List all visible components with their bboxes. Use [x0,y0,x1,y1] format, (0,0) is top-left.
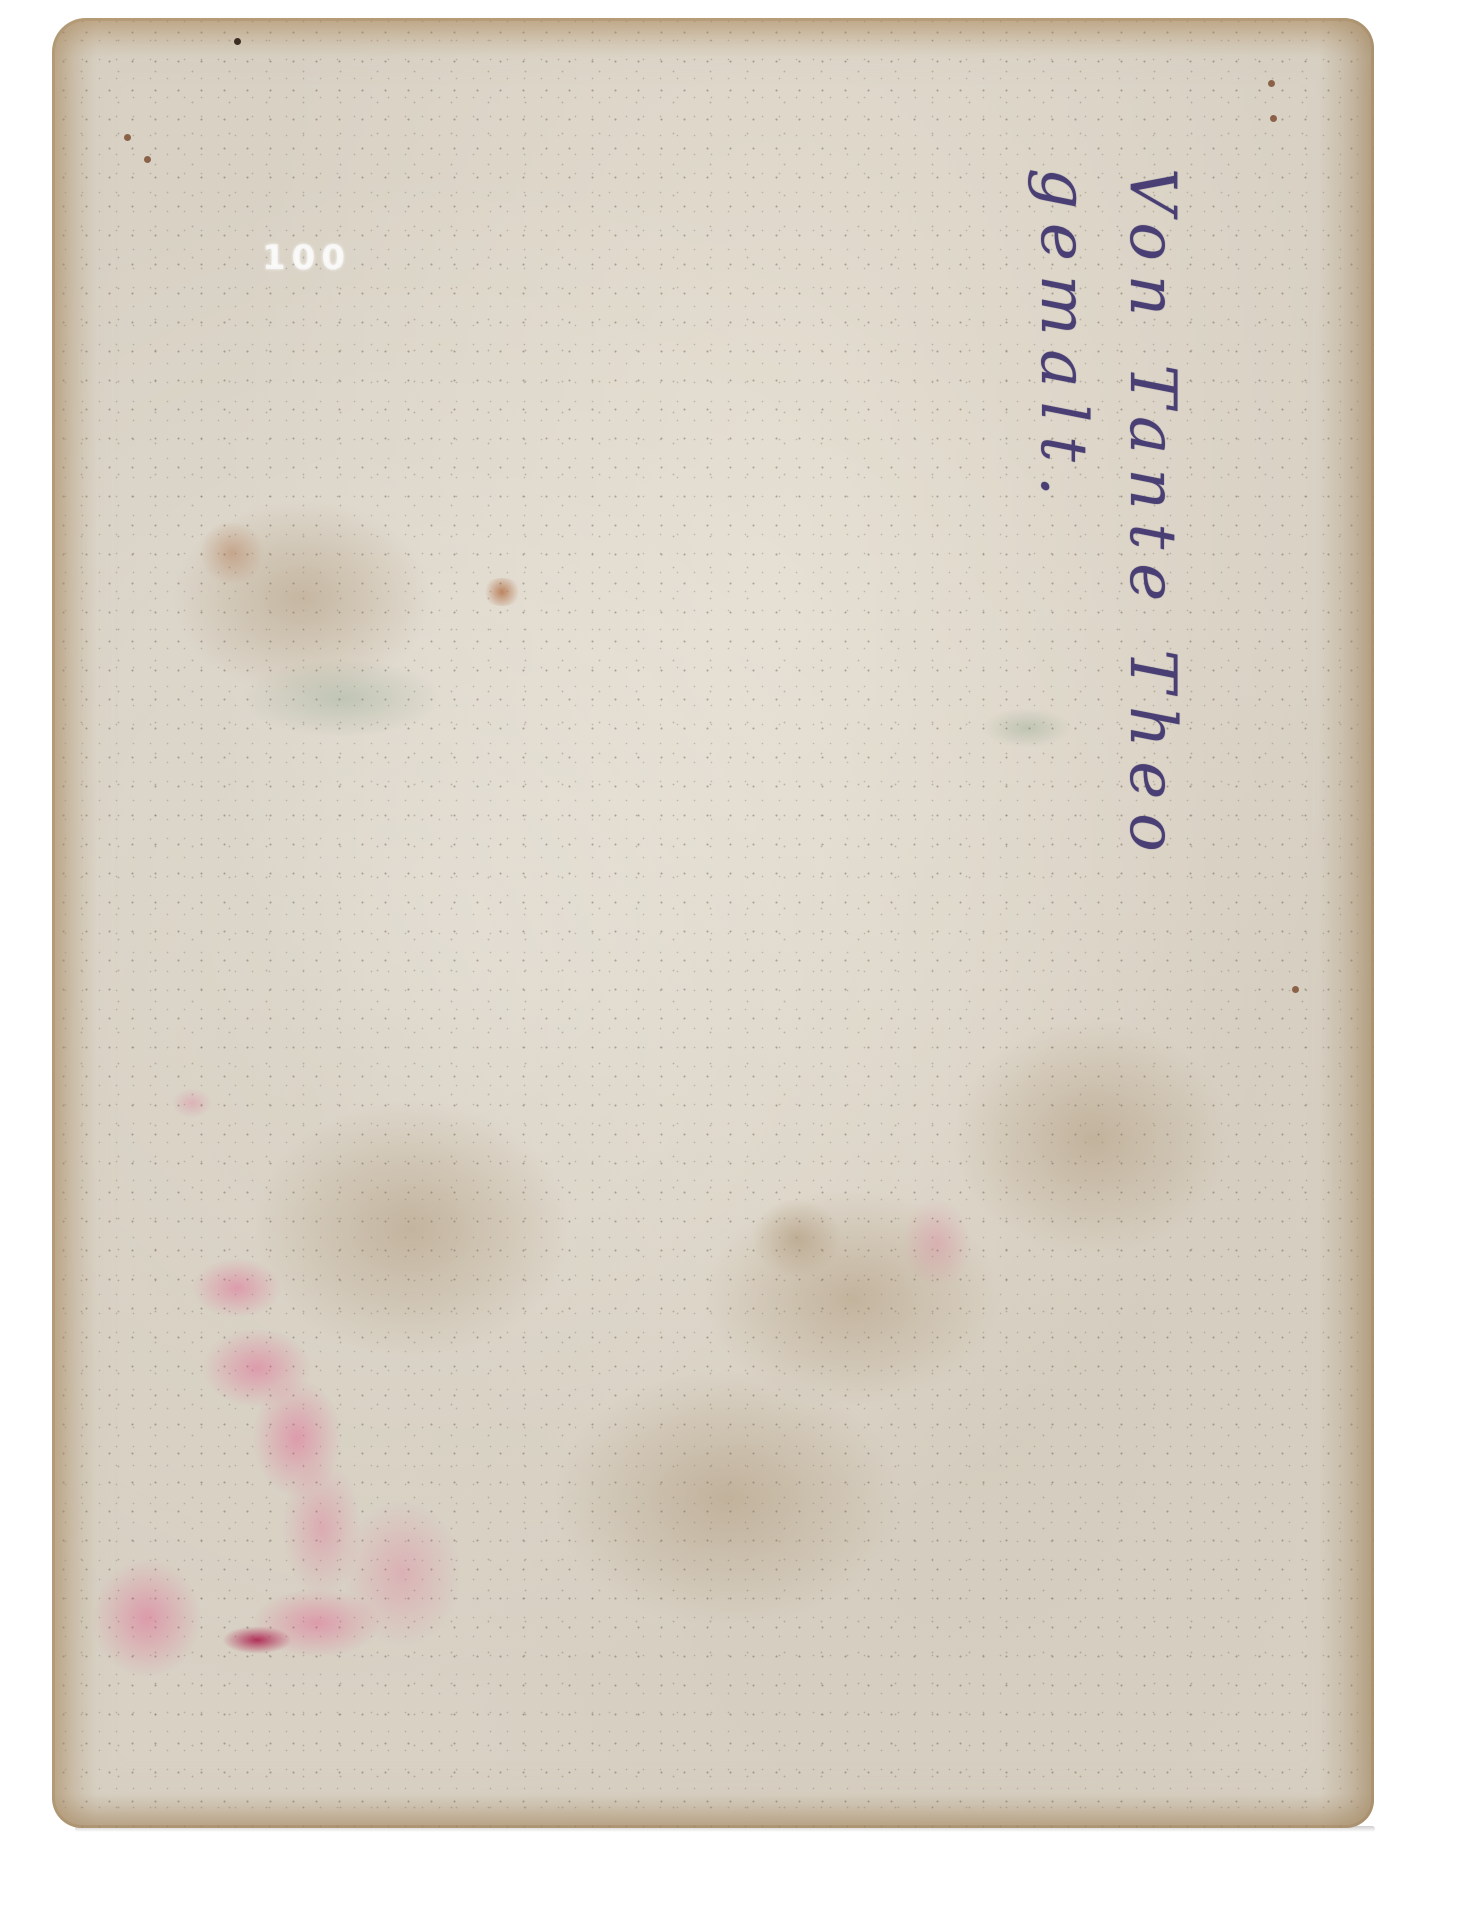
rust-dot [124,134,131,141]
edge-discoloration-right [1319,18,1374,1828]
rust-dot [1292,986,1299,993]
rust-spot [482,578,522,606]
pink-stain [92,1558,202,1678]
rust-dot [234,38,241,45]
edge-discoloration-bottom [52,1793,1374,1828]
pink-stain [172,1088,212,1118]
inscription-line-2: gemalt. [1024,168,1101,868]
grime-patch [552,1368,902,1628]
grime-patch [752,1198,842,1278]
rust-dot [1270,115,1277,122]
inscription-line-1: Von Tante Theo [1113,168,1190,868]
embossed-number: 100 [262,238,351,278]
rust-dot [1268,80,1275,87]
grime-patch [952,1018,1232,1258]
grime-patch [252,1098,572,1358]
green-smudge [242,658,442,738]
edge-discoloration-left [52,18,97,1828]
rust-spot [197,523,267,583]
rust-dot [144,156,151,163]
photo-background: 100 Von Tante Theo gemalt. [0,0,1459,1920]
edge-discoloration-top [52,18,1374,58]
pink-stain [902,1198,972,1288]
handwritten-inscription: Von Tante Theo gemalt. [990,168,1190,868]
pink-stain [192,1258,282,1318]
magenta-spot [222,1626,292,1654]
embossed-mark: 100 [262,238,351,278]
